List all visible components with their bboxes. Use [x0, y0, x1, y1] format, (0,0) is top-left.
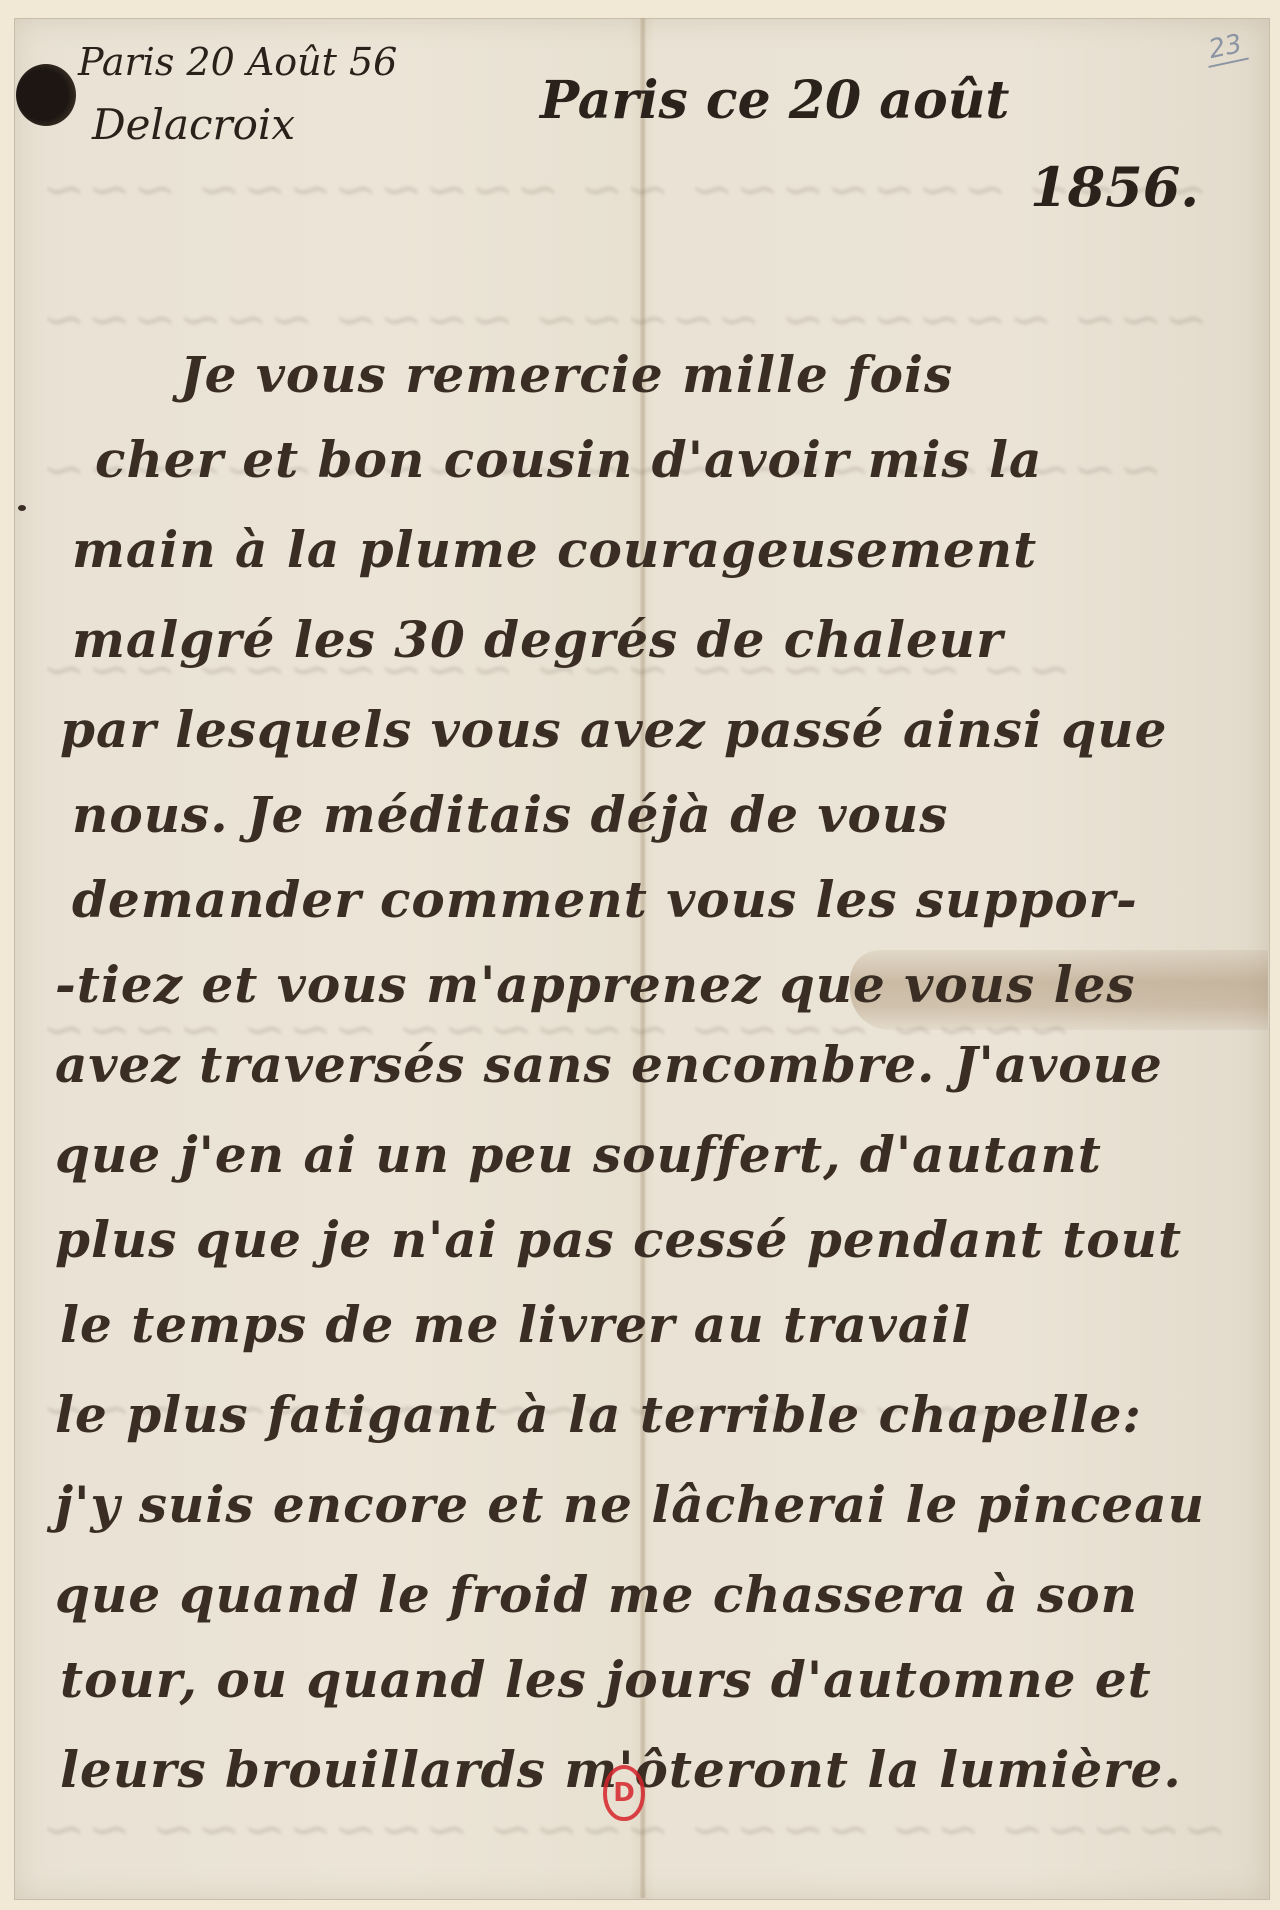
- letter-line: par lesquels vous avez passé ainsi que: [60, 700, 1167, 759]
- letter-line: le temps de me livrer au travail: [60, 1295, 971, 1354]
- letter-line: demander comment vous les suppor-: [72, 870, 1138, 929]
- letter-line: tour, ou quand les jours d'automne et: [60, 1650, 1152, 1709]
- letter-line: avez traversés sans encombre. J'avoue: [55, 1035, 1163, 1094]
- letter-line: que quand le froid me chassera à son: [55, 1565, 1138, 1624]
- dateline-year: 1856.: [1030, 155, 1199, 219]
- letter-line: cher et bon cousin d'avoir mis la: [95, 430, 1042, 489]
- letter-line: j'y suis encore et ne lâcherai le pincea…: [55, 1475, 1205, 1534]
- archival-annotation-date: Paris 20 Août 56: [78, 40, 397, 84]
- library-stamp-icon: D: [603, 1765, 645, 1821]
- letter-line: main à la plume courageusement: [72, 520, 1037, 579]
- dateline-place-date: Paris ce 20 août: [540, 70, 1009, 131]
- letter-line: que j'en ai un peu souffert, d'autant: [55, 1125, 1102, 1184]
- stamp-letter: D: [613, 1778, 635, 1808]
- letter-line: nous. Je méditais déjà de vous: [72, 785, 948, 844]
- margin-ink-mark: [18, 505, 26, 511]
- letter-line: malgré les 30 degrés de chaleur: [72, 610, 1004, 669]
- show-through-text: ~~~ ~~~~~~ ~~~~~ ~~~~ ~~~~~~: [40, 290, 1208, 350]
- archival-annotation-author: Delacroix: [92, 100, 295, 149]
- letter-line: Je vous remercie mille fois: [180, 345, 953, 404]
- letter-line: -tiez et vous m'apprenez que vous les: [55, 955, 1136, 1014]
- letter-line: plus que je n'ai pas cessé pendant tout: [55, 1210, 1182, 1269]
- letter-line: le plus fatigant à la terrible chapelle:: [55, 1385, 1142, 1444]
- ink-blot: [16, 64, 76, 126]
